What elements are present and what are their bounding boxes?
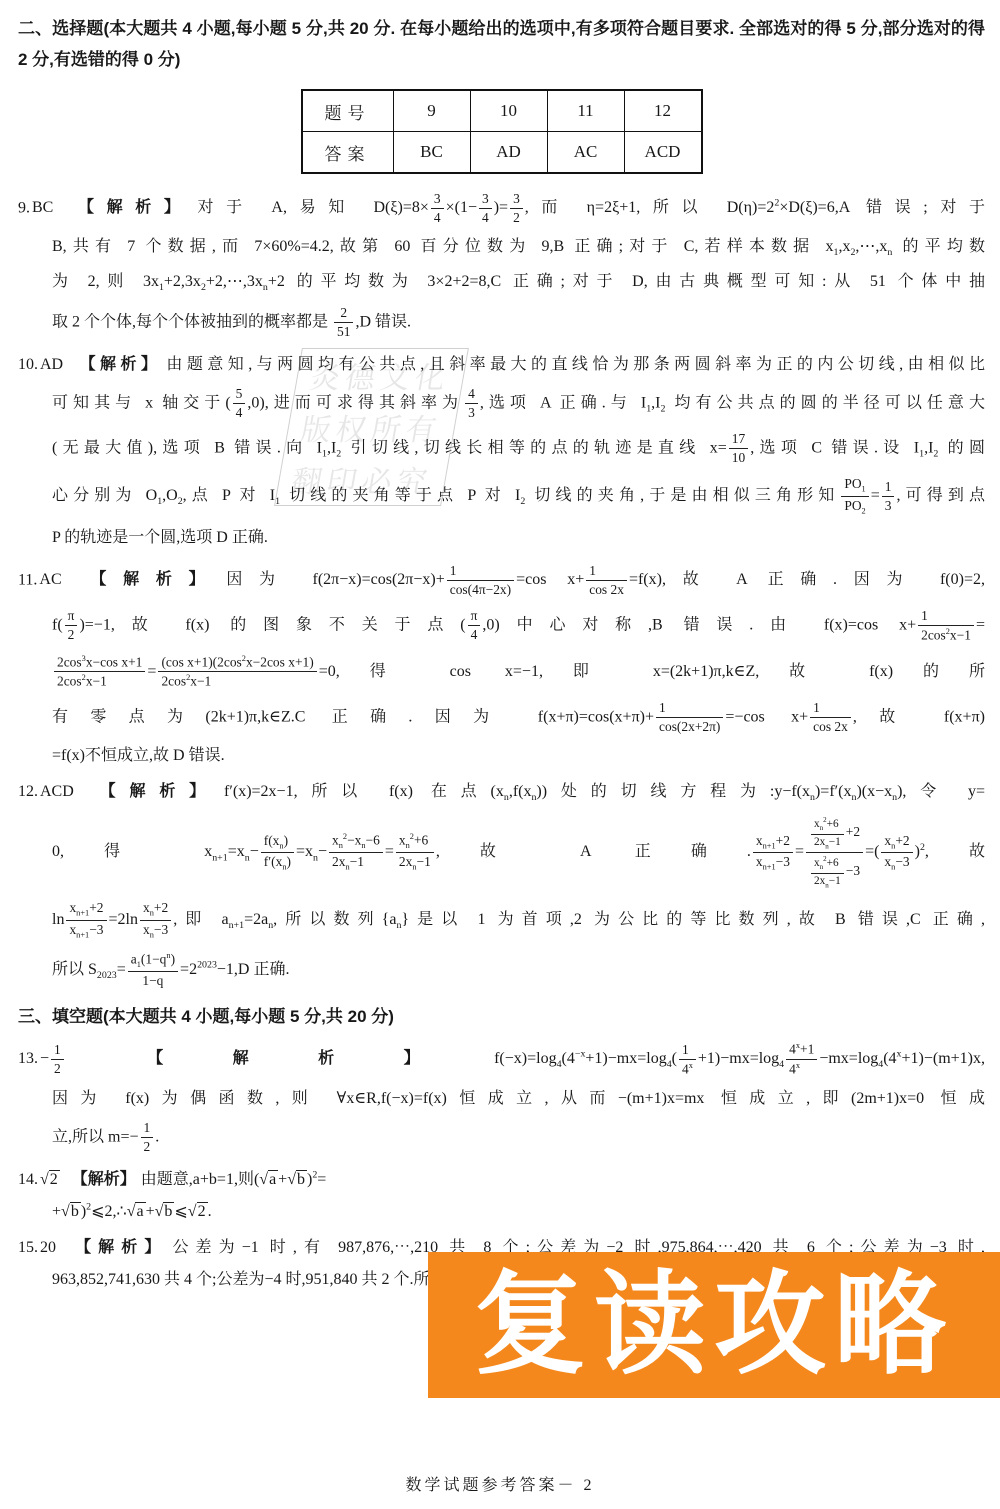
analysis-label: 【解析】 [86, 783, 219, 800]
table-cell: 答案 [302, 132, 394, 174]
solution-text: 因为 f(2π−x)=cos(2π−x)+1cos(4π−2x)=cos x+1… [226, 571, 985, 588]
solution-item-12: 12.ACD【解析】f′(x)=2x−1,所以 f(x) 在点(xn,f(xn)… [18, 780, 985, 990]
section-description: (本大题共 4 小题,每小题 5 分,共 20 分. 在每小题给出的选项中,有多… [18, 19, 985, 69]
question-number: 9. [18, 199, 30, 216]
solution-text: 对于 A,易知 D(ξ)=8×34×(1−34)=32,而 η=2ξ+1,所以 … [198, 199, 985, 216]
promo-stamp-text: 复读攻略 [474, 1269, 954, 1381]
solution-line: 有零点为(2k+1)π,k∈Z.C 正确.因为 f(x+π)=cos(x+π)+… [18, 699, 985, 736]
solution-text: 由题意知,与两圆均有公共点,且斜率最大的直线恰为那条两圆斜率为正的内公切线,由相… [166, 356, 985, 373]
question-answer: √2 [40, 1171, 60, 1188]
solution-line: 为 2,则 3x1+2,3x2+2,⋯,3xn+2 的平均数为 3×2+2=8,… [18, 270, 985, 296]
solution-text: f(−x)=log4(4−x+1)−mx=log4(14x+1)−mx=log4… [494, 1050, 985, 1067]
table-cell: 11 [547, 90, 624, 132]
question-number: 12. [18, 783, 38, 800]
question-answer: BC [32, 199, 53, 216]
choice-solutions-list: 9.BC【解析】对于 A,易知 D(ξ)=8×34×(1−34)=32,而 η=… [18, 190, 985, 990]
solution-line: 2cos3x−cos x+12cos2x−1=(cos x+1)(2cos2x−… [18, 653, 985, 691]
table-cell: 9 [393, 90, 470, 132]
question-answer: AC [39, 571, 61, 588]
solution-line: =f(x)不恒成立,故 D 错误. [18, 744, 985, 768]
analysis-label: 【解析】 [74, 571, 222, 588]
solution-line: 0,得 xn+1=xn−f(xn)f′(xn)=xn−xn2−xn−62xn−1… [18, 814, 985, 891]
question-number: 11. [18, 571, 37, 588]
solution-line: 13.−12【解析】f(−x)=log4(4−x+1)−mx=log4(14x+… [18, 1040, 985, 1078]
table-cell: AC [547, 132, 624, 174]
question-number: 10. [18, 356, 38, 373]
question-answer: ACD [40, 783, 74, 800]
table-row: 答案 BC AD AC ACD [302, 132, 702, 174]
section-title: 二、选择题 [18, 19, 103, 38]
question-number: 15. [18, 1239, 38, 1256]
section-description: (本大题共 4 小题,每小题 5 分,共 20 分) [103, 1007, 394, 1026]
solution-line: 所以 S2023=a1(1−qn)1−q=22023−1,D 正确. [18, 950, 985, 990]
solution-line: 10.AD【解析】由题意知,与两圆均有公共点,且斜率最大的直线恰为那条两圆斜率为… [18, 353, 985, 377]
table-cell: AD [470, 132, 547, 174]
solution-item-10: 10.AD【解析】由题意知,与两圆均有公共点,且斜率最大的直线恰为那条两圆斜率为… [18, 353, 985, 550]
question-answer: AD [40, 356, 63, 373]
section-heading-fill-in: 三、填空题(本大题共 4 小题,每小题 5 分,共 20 分) [18, 1002, 985, 1033]
table-cell: 题号 [302, 90, 394, 132]
section-title: 三、填空题 [18, 1007, 103, 1026]
document-page: 二、选择题(本大题共 4 小题,每小题 5 分,共 20 分. 在每小题给出的选… [0, 0, 1000, 1292]
solution-line: 立,所以 m=−12. [18, 1119, 985, 1156]
page-footer: 数学试题参考答案－ 2 [0, 1472, 1000, 1495]
solution-line: 心分别为 O1,O2,点 P 对 I1 切线的夹角等于点 P 对 I2 切线的夹… [18, 475, 985, 517]
solution-item-11: 11.AC【解析】因为 f(2π−x)=cos(2π−x)+1cos(4π−2x… [18, 562, 985, 768]
solution-text: f′(x)=2x−1,所以 f(x) 在点(xn,f(xn))处的切线方程为:y… [224, 783, 985, 800]
solution-line: lnxn+1+2xn+1−3=2lnxn+2xn−3,即 an+1=2an,所以… [18, 899, 985, 941]
solution-line: 9.BC【解析】对于 A,易知 D(ξ)=8×34×(1−34)=32,而 η=… [18, 190, 985, 227]
solution-line: B,共有 7 个数据,而 7×60%=4.2,故第 60 百分位数为 9,B 正… [18, 235, 985, 261]
solution-line: 因为 f(x)为偶函数,则 ∀x∈R,f(−x)=f(x)恒成立,从而−(m+1… [18, 1087, 985, 1111]
analysis-label: 【解析】 [65, 199, 192, 216]
solution-line: 11.AC【解析】因为 f(2π−x)=cos(2π−x)+1cos(4π−2x… [18, 562, 985, 599]
analysis-label: 【解析】 [78, 1050, 489, 1067]
analysis-label: 【解析】 [75, 356, 161, 373]
solution-line: +√b)2⩽2,∴√a+√b⩽√2. [18, 1200, 985, 1224]
question-number: 14. [18, 1171, 38, 1188]
solution-line: P 的轨迹是一个圆,选项 D 正确. [18, 526, 985, 550]
solution-item-14: 14.√2【解析】由题意,a+b=1,则(√a+√b)2=+√b)2⩽2,∴√a… [18, 1168, 985, 1224]
solution-text: 由题意,a+b=1,则(√a+√b)2= [141, 1171, 327, 1188]
table-cell: 12 [624, 90, 702, 132]
solution-item-9: 9.BC【解析】对于 A,易知 D(ξ)=8×34×(1−34)=32,而 η=… [18, 190, 985, 341]
table-row: 题号 9 10 11 12 [302, 90, 702, 132]
solution-line: 可知其与 x 轴交于(54,0),进而可求得其斜率为43,选项 A 正确.与 I… [18, 385, 985, 422]
answer-key-table: 题号 9 10 11 12 答案 BC AD AC ACD [301, 89, 703, 174]
promo-stamp-banner: 复读攻略 [428, 1252, 1000, 1398]
table-cell: ACD [624, 132, 702, 174]
solution-line: 12.ACD【解析】f′(x)=2x−1,所以 f(x) 在点(xn,f(xn)… [18, 780, 985, 806]
analysis-label: 【解析】 [72, 1171, 136, 1188]
solution-line: f(π2)=−1,故 f(x) 的图象不关于点(π4,0)中心对称,B 错误.由… [18, 607, 985, 645]
question-answer: −12 [40, 1050, 66, 1067]
solution-line: (无最大值),选项 B 错误.向 I1,I2 引切线,切线长相等的点的轨迹是直线… [18, 430, 985, 467]
section-heading-multiple-choice: 二、选择题(本大题共 4 小题,每小题 5 分,共 20 分. 在每小题给出的选… [18, 14, 985, 75]
question-answer: 20 [40, 1239, 56, 1256]
analysis-label: 【解析】 [68, 1239, 167, 1256]
solution-item-13: 13.−12【解析】f(−x)=log4(4−x+1)−mx=log4(14x+… [18, 1040, 985, 1155]
table-cell: 10 [470, 90, 547, 132]
solution-line: 14.√2【解析】由题意,a+b=1,则(√a+√b)2= [18, 1168, 985, 1192]
question-number: 13. [18, 1050, 38, 1067]
table-cell: BC [393, 132, 470, 174]
solution-line: 取 2 个个体,每个个体被抽到的概率都是 251,D 错误. [18, 304, 985, 341]
